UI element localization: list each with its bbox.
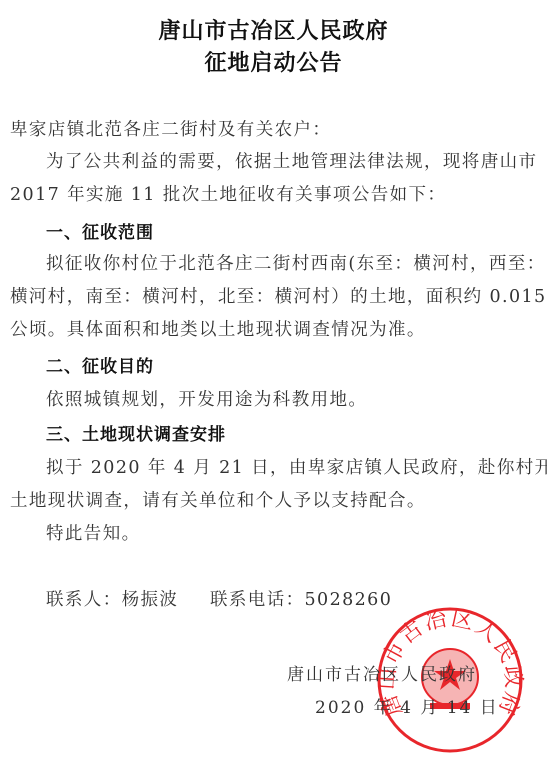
section-text: 横河村，南至：横河村，北至：横河村）的土地，面积约 0.0155 <box>10 283 547 308</box>
section-heading-purpose: 二、征收目的 <box>46 352 154 377</box>
contact-person: 联系人：杨振波 <box>46 586 178 611</box>
closing-text: 特此告知。 <box>46 520 141 545</box>
section-text: 公顷。具体面积和地类以土地现状调查情况为准。 <box>10 316 426 341</box>
signature-org: 唐山市古冶区人民政府 <box>287 660 477 685</box>
signature-date: 2020 年 4 月 14 日 <box>315 693 499 718</box>
addressee: 卑家店镇北范各庄二街村及有关农户： <box>10 116 331 141</box>
notice-title: 征地启动公告 <box>0 46 547 77</box>
section-heading-scope: 一、征收范围 <box>46 218 154 243</box>
contact-phone: 联系电话：5028260 <box>210 586 392 611</box>
section-text: 拟于 2020 年 4 月 21 日，由卑家店镇人民政府，赴你村开展 <box>46 454 547 479</box>
issuer-title: 唐山市古冶区人民政府 <box>0 14 547 45</box>
section-text: 土地现状调查，请有关单位和个人予以支持配合。 <box>10 487 426 512</box>
section-text: 依照城镇规划，开发用途为科教用地。 <box>46 386 367 411</box>
intro-line-2: 2017 年实施 11 批次土地征收有关事项公告如下： <box>10 181 446 206</box>
section-heading-survey: 三、土地现状调查安排 <box>46 420 226 445</box>
intro-line-1: 为了公共利益的需要，依据土地管理法律法规，现将唐山市 <box>46 148 537 173</box>
section-text: 拟征收你村位于北范各庄二街村西南(东至：横河村，西至： <box>46 250 546 275</box>
